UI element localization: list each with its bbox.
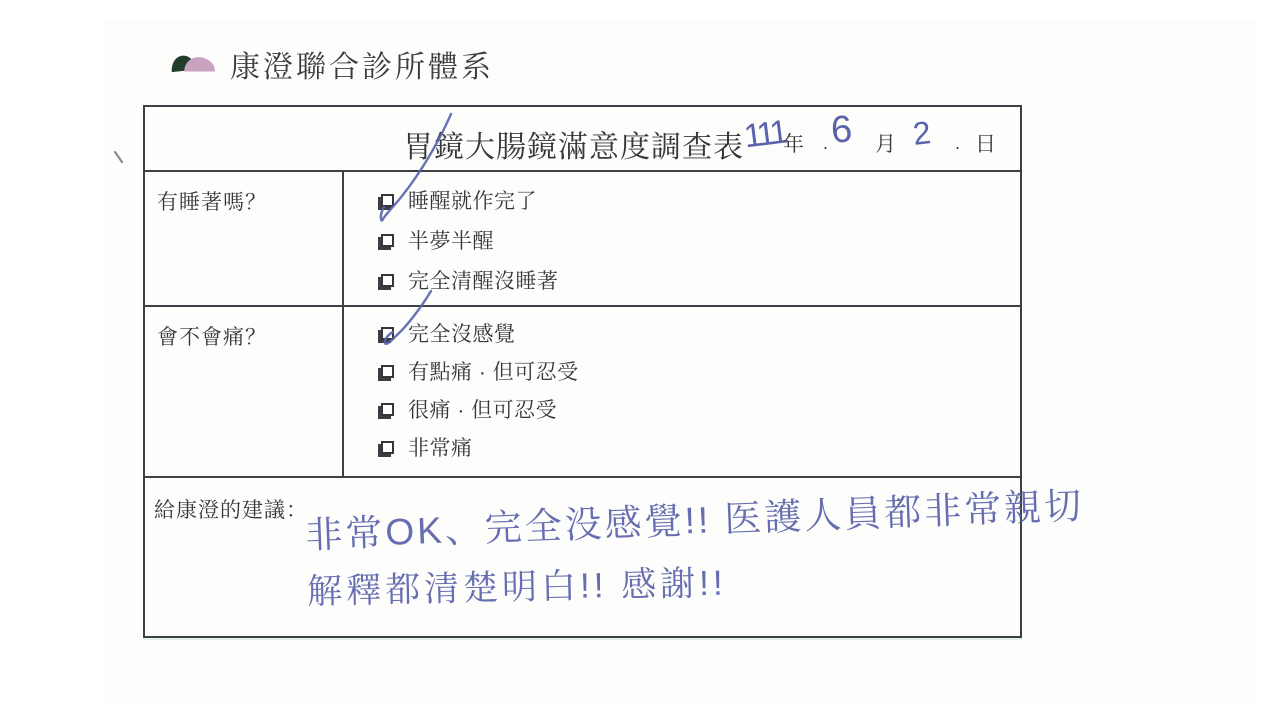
option-label: 半夢半醒 [408,225,494,255]
question-label-cell: 會不會痛？ [145,307,344,476]
form-header-row: 胃鏡大腸鏡滿意度調查表 111 年 . 6 月 2 . 日 [145,107,1020,172]
handwritten-comment-line-2: 解釋都清楚明白!! 感謝!! [307,556,728,615]
option-label: 非常痛 [408,432,473,462]
survey-form-table: 胃鏡大腸鏡滿意度調查表 111 年 . 6 月 2 . 日 有睡著嗎？ 睡醒就作… [143,105,1022,638]
option-line: 很痛 · 但可忍受 [378,397,1020,421]
year-label: 年 [783,128,804,158]
question-row-pain: 會不會痛？ 完全沒感覺 有點痛 · 但可忍受 很痛 · 但可忍受 非常痛 [145,307,1020,478]
question-pain-label: 會不會痛？ [157,326,267,349]
checkbox-no-feeling [381,327,394,340]
question-label-cell: 有睡著嗎？ [145,172,344,305]
month-label: 月 [875,128,896,158]
option-label: 睡醒就作完了 [408,185,537,215]
question-sleep-label: 有睡著嗎？ [157,191,267,214]
clinic-name: 康澄聯合診所體系 [230,42,494,86]
checkbox-half-asleep [381,234,394,247]
option-line: 完全清醒沒睡著 [378,268,1020,292]
checkbox-very-painful-bearable [381,403,394,416]
option-line: 有點痛 · 但可忍受 [378,359,1020,383]
suggestion-row: 給康澄的建議： 非常OK、完全没感覺!! 医護人員都非常親切 解釋都清楚明白!!… [145,478,1020,636]
option-label: 很痛 · 但可忍受 [408,394,557,424]
handwritten-year: 111 [742,113,787,156]
date-dot-2: . [955,133,960,154]
checkbox-extremely-painful [381,441,394,454]
handwritten-comment-line-1: 非常OK、完全没感覺!! 医護人員都非常親切 [304,475,1085,559]
question-row-sleep: 有睡著嗎？ 睡醒就作完了 半夢半醒 完全清醒沒睡著 [145,172,1020,307]
option-label: 完全沒感覺 [408,318,516,348]
checkbox-slight-pain [381,365,394,378]
option-label: 有點痛 · 但可忍受 [408,356,579,386]
suggestion-label: 給康澄的建議： [154,494,308,524]
scanned-survey-page: 康澄聯合診所體系 胃鏡大腸鏡滿意度調查表 111 年 . 6 月 2 . 日 有… [0,0,1280,720]
checkbox-fully-awake [381,274,394,287]
option-line: 非常痛 [378,435,1020,459]
handwritten-day: 2 [911,114,933,153]
sleep-options-cell: 睡醒就作完了 半夢半醒 完全清醒沒睡著 [344,172,1020,305]
option-label: 完全清醒沒睡著 [408,265,559,295]
option-line: 半夢半醒 [378,228,1020,252]
pain-options-cell: 完全沒感覺 有點痛 · 但可忍受 很痛 · 但可忍受 非常痛 [344,307,1020,476]
handwritten-month: 6 [830,108,854,152]
checkbox-woke-up-done [381,194,394,207]
day-label: 日 [975,128,996,158]
option-line: 完全沒感覺 [378,321,1020,345]
form-title: 胃鏡大腸鏡滿意度調查表 [403,122,744,166]
option-line: 睡醒就作完了 [378,188,1020,212]
clinic-logo-icon [168,48,222,80]
date-dot-1: . [823,133,828,154]
clinic-logo: 康澄聯合診所體系 [168,42,494,86]
